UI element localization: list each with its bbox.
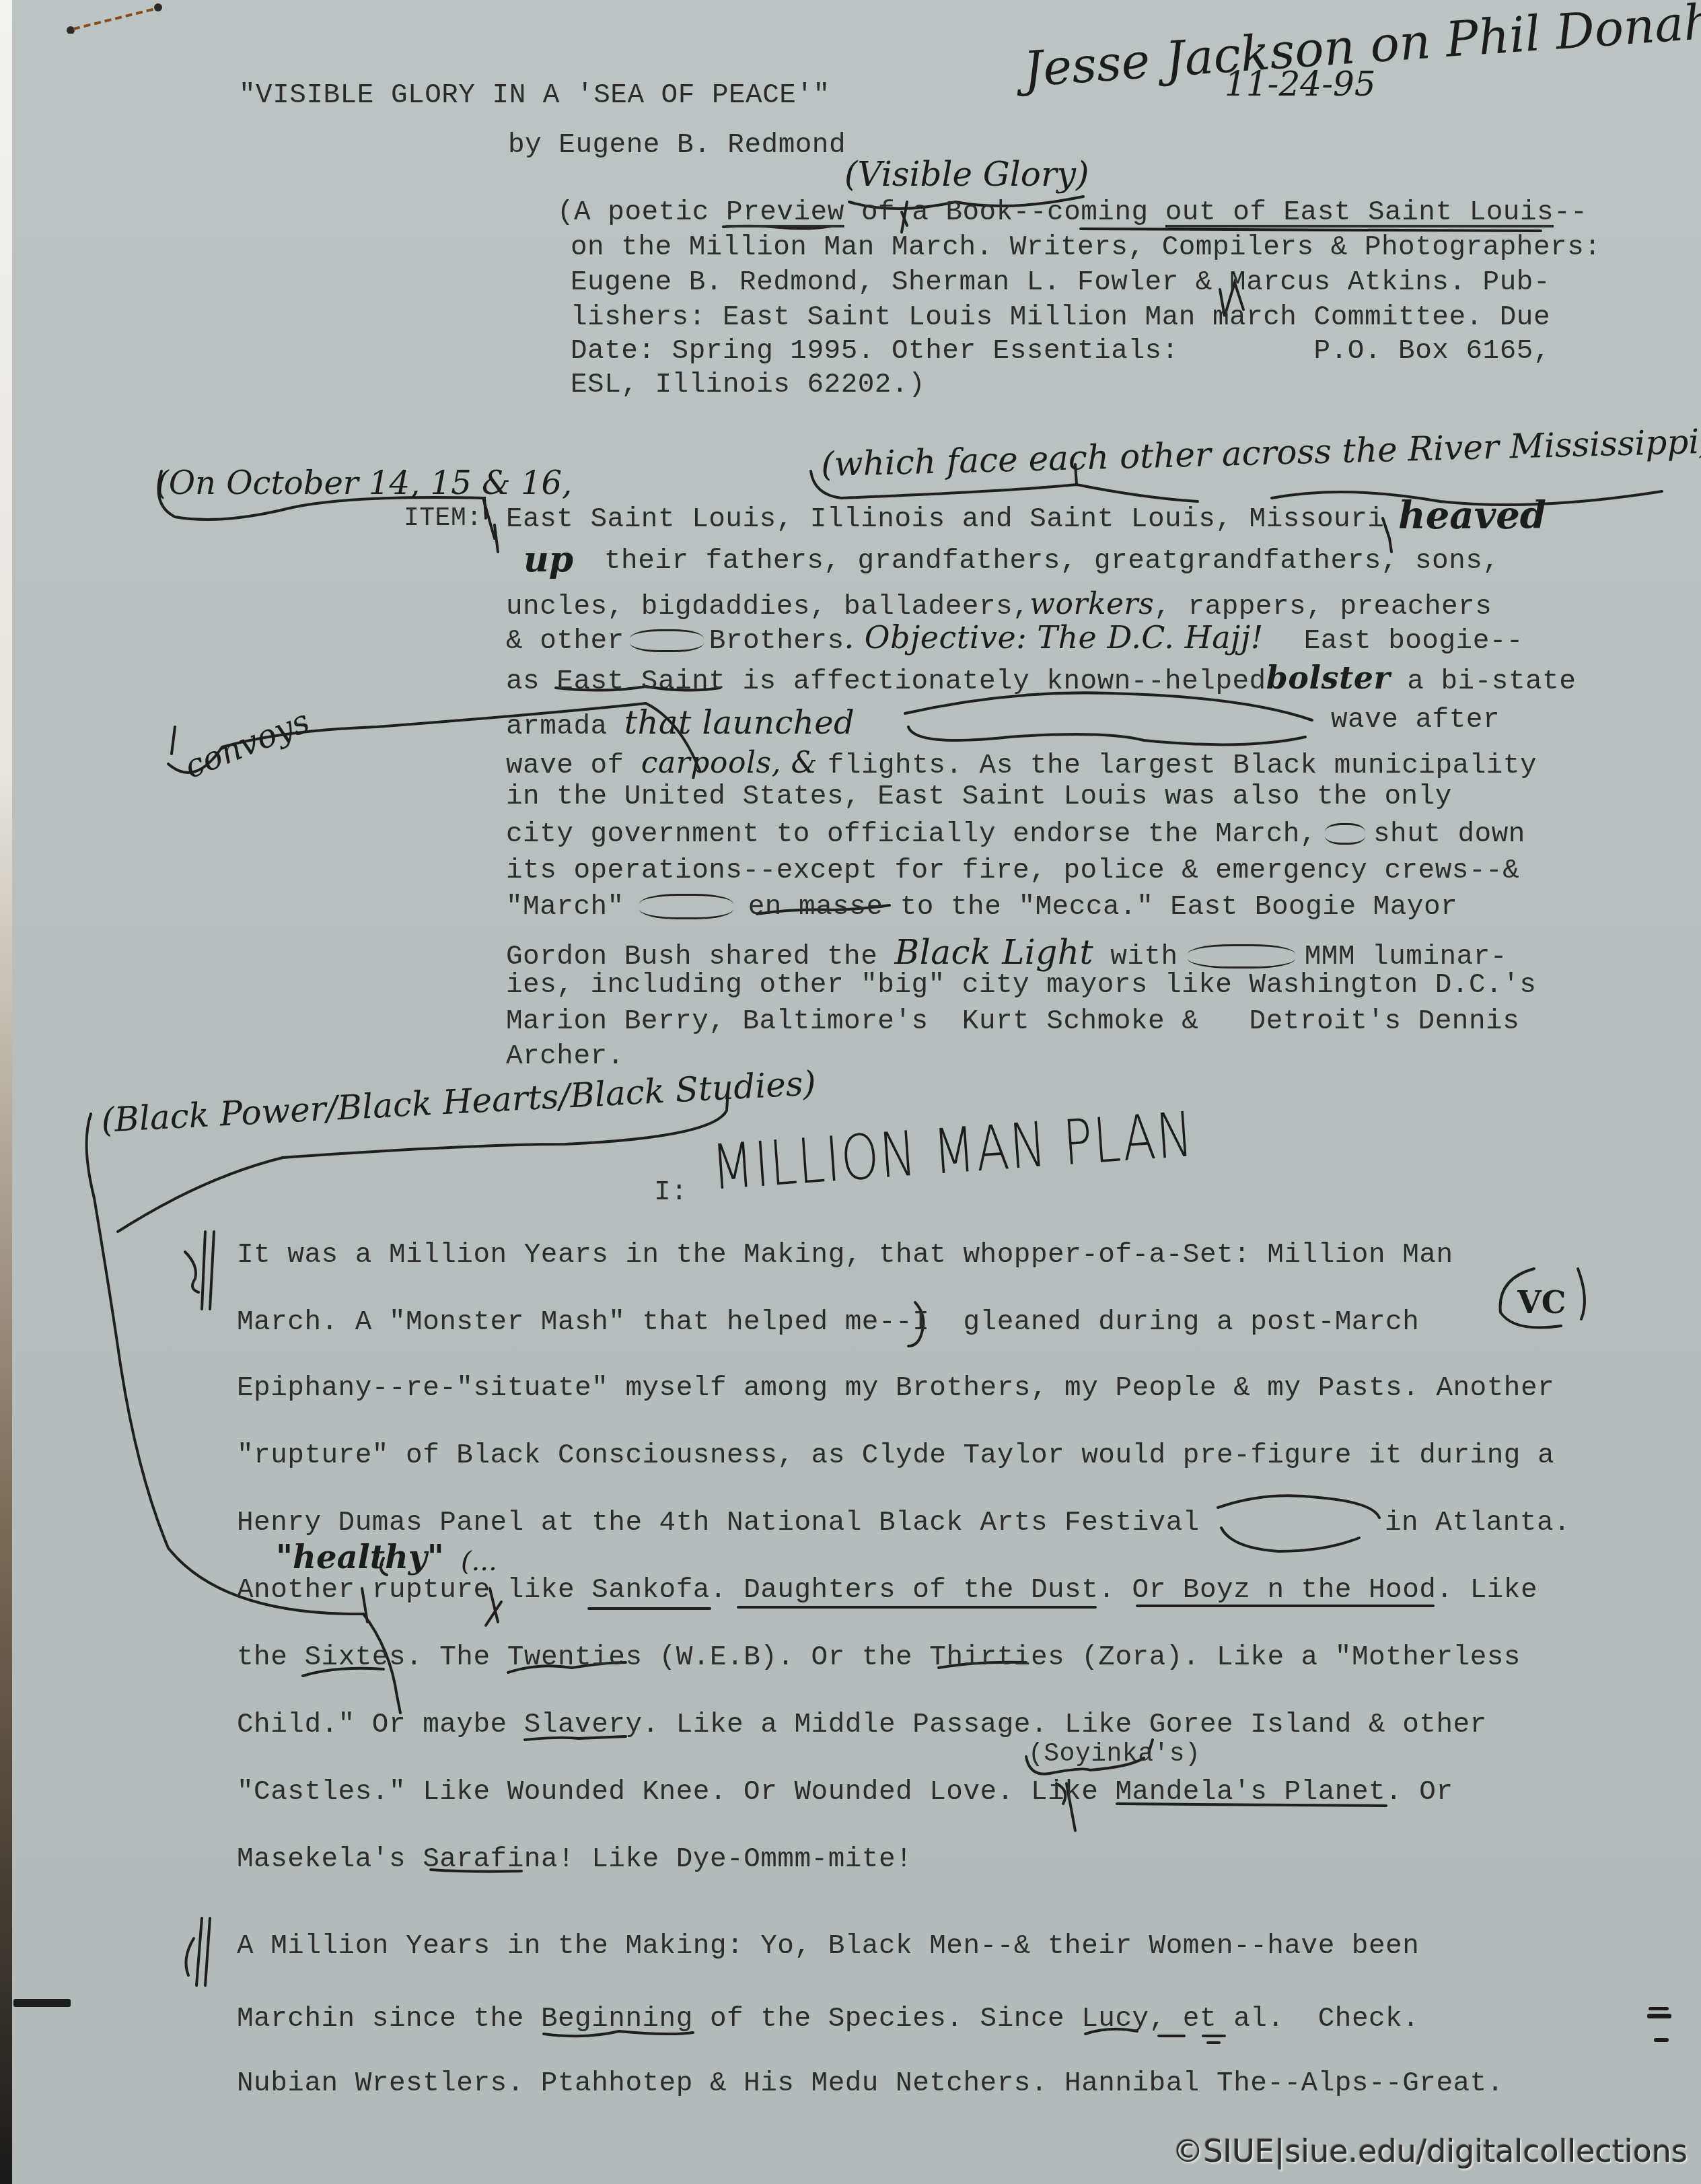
item-text: armada xyxy=(506,711,608,742)
handwritten-objective: . Objective: The D.C. Hajj! xyxy=(844,619,1264,656)
para-text: , xyxy=(1149,2004,1183,2035)
item-text: East boogie-- xyxy=(1304,626,1523,657)
intro-text: of a Book--coming xyxy=(844,197,1165,228)
para-text: . Or xyxy=(1385,1777,1453,1808)
word-slavery: Slavery xyxy=(524,1710,643,1740)
para-text: Masekela's xyxy=(237,1844,423,1875)
deletion-loop-icon xyxy=(630,629,704,652)
item-text: "March" xyxy=(506,892,624,923)
para2-line-2: Marchin since the Beginning of the Speci… xyxy=(237,2006,1419,2033)
handwritten-bolster: bolster xyxy=(1266,660,1390,696)
era-thirties: Thirties xyxy=(929,1642,1064,1673)
intro-line-5: Date: Spring 1995. Other Essentials: P.O… xyxy=(571,338,1550,365)
para1-line-4: "rupture" of Black Consciousness, as Cly… xyxy=(237,1442,1554,1470)
item-line-8: in the United States, East Saint Louis w… xyxy=(506,783,1452,811)
word-beginning: Beginning xyxy=(541,2004,693,2035)
item-text: uncles, bigdaddies, balladeers, xyxy=(506,592,1029,623)
item-line-11: "March"en masse to the "Mecca." East Boo… xyxy=(506,894,1457,921)
handwritten-heaved: heaved xyxy=(1398,497,1546,534)
section-heading-label: I: xyxy=(654,1179,688,1207)
para-text: . The xyxy=(406,1642,507,1673)
work-sarafina: Sarafina xyxy=(423,1844,558,1875)
film-boyz-n-the-hood: Boyz n the Hood xyxy=(1183,1575,1437,1606)
handwritten-workers: workers xyxy=(1029,587,1154,621)
para1-line-7: the Sixtes. The Twenties (W.E.B). Or the… xyxy=(237,1644,1521,1672)
item-text: & other xyxy=(506,626,624,657)
para-text: Another rupture like xyxy=(237,1575,591,1606)
margin-tick-mark xyxy=(13,1999,71,2007)
para-text: . Like xyxy=(1436,1575,1537,1606)
item-text: flights. As the largest Black municipali… xyxy=(828,750,1537,781)
work-mandelas-planet: Mandela's Planet xyxy=(1115,1777,1385,1808)
margin-dash-mark xyxy=(1647,2014,1671,2018)
item-text: wave of xyxy=(506,750,624,781)
intro-text: (A poetic xyxy=(557,197,726,228)
para1-line-6: Another rupture like Sankofa. Daughters … xyxy=(237,1577,1537,1605)
film-daughters-of-the-dust: Daughters of the Dust xyxy=(744,1575,1098,1606)
era-sixtes: Sixtes xyxy=(304,1642,406,1673)
para2-line-3: Nubian Wrestlers. Ptahhotep & His Medu N… xyxy=(237,2070,1504,2098)
document-title: "VISIBLE GLORY IN A 'SEA OF PEACE'" xyxy=(239,82,830,110)
intro-line-4: lishers: East Saint Louis Million Man ma… xyxy=(571,304,1550,332)
para-text: the xyxy=(237,1642,304,1673)
handwritten-up: up xyxy=(523,542,573,577)
deletion-loop-icon xyxy=(1188,944,1295,968)
handwritten-ellipsis: (... xyxy=(461,1548,497,1575)
handwritten-insert-visible-glory: (Visible Glory) xyxy=(844,157,1089,191)
word-et-al: et al xyxy=(1183,2004,1268,2035)
deletion-loop-icon xyxy=(639,894,733,919)
item-label: ITEM: xyxy=(404,506,482,532)
margin-dash-mark xyxy=(1649,2007,1669,2010)
underlined-preview: Preview xyxy=(726,197,844,228)
para2-line-1: A Million Years in the Making: Yo, Black… xyxy=(237,1933,1419,1961)
item-line-13: ies, including other "big" city mayors l… xyxy=(506,972,1536,999)
para-text: Marchin since the xyxy=(237,2004,541,2035)
item-text: en masse xyxy=(748,892,883,923)
para-text: Henry Dumas Panel at the 4th National Bl… xyxy=(237,1508,1200,1539)
item-text: with xyxy=(1093,942,1178,973)
para-text: of the Species. Since xyxy=(693,2004,1081,2035)
item-line-7: wave of carpools, & flights. As the larg… xyxy=(506,748,1537,780)
para-text: . Check. xyxy=(1267,2004,1419,2035)
para1-line-2: March. A "Monster Mash" that helped me--… xyxy=(237,1309,1419,1337)
para1-line-3: Epiphany--re-"situate" myself among my B… xyxy=(237,1375,1554,1403)
handwritten-carpools: carpools, & xyxy=(641,746,828,780)
para1-line-1: It was a Million Years in the Making, th… xyxy=(237,1242,1453,1269)
copyright-watermark: ©SIUE|siue.edu/digitalcollections xyxy=(1172,2133,1688,2169)
para-text: . xyxy=(710,1575,744,1606)
item-text: to the "Mecca." East Boogie Mayor xyxy=(883,892,1458,923)
item-line-5: as East Saint is affectionately known--h… xyxy=(506,662,1576,696)
staple-mark-icon xyxy=(64,3,165,34)
byline: by Eugene B. Redmond xyxy=(508,132,846,160)
handwritten-healthy: "healthy" xyxy=(276,1541,444,1574)
handwritten-note-date: 11-24-95 xyxy=(1225,67,1376,101)
handwritten-soyinka: (Soyinka's) xyxy=(1028,1742,1200,1767)
item-line-4: & otherBrothers. Objective: The D.C. Haj… xyxy=(506,622,1523,656)
intro-line-1: (A poetic Preview of a Book--coming out … xyxy=(557,199,1587,227)
handwritten-black-light: Black Light xyxy=(894,933,1093,972)
deletion-loop-icon xyxy=(1325,823,1365,845)
para-text: "Castles." Like Wounded Knee. Or Wounded… xyxy=(237,1777,1115,1808)
para1-line-10: Masekela's Sarafina! Like Dye-Ommm-mite! xyxy=(237,1846,912,1874)
page-left-edge xyxy=(0,0,12,2184)
item-text: Brothers xyxy=(709,626,844,657)
item-text: Gordon Bush shared the xyxy=(506,942,894,973)
underlined-east-saint-louis: out of East Saint Louis xyxy=(1165,197,1554,228)
margin-dash-mark xyxy=(1654,2038,1669,2042)
item-line-14: Marion Berry, Baltimore's Kurt Schmoke &… xyxy=(506,1008,1519,1036)
film-sankofa: Sankofa xyxy=(591,1575,710,1606)
intro-line-6: ESL, Illinois 62202.) xyxy=(571,372,925,399)
item-line-10: its operations--except for fire, police … xyxy=(506,857,1519,885)
item-text: a bi-state xyxy=(1390,666,1576,697)
para-text: (W.E.B). Or the xyxy=(643,1642,930,1673)
handwritten-date-note: (On October 14, 15 & 16, xyxy=(156,467,572,499)
item-line-1: East Saint Louis, Illinois and Saint Lou… xyxy=(506,506,1384,534)
intro-line-2: on the Million Man March. Writers, Compi… xyxy=(571,234,1601,262)
para1-line-5: Henry Dumas Panel at the 4th National Bl… xyxy=(237,1510,1200,1537)
intro-text: -- xyxy=(1554,197,1587,228)
handwritten-that-launched: that launched xyxy=(624,704,855,742)
item-text: is affectionately known--helped xyxy=(725,666,1266,697)
item-line-9: city government to officially endorse th… xyxy=(506,821,1525,849)
item-text: city government to officially endorse th… xyxy=(506,819,1317,850)
word-lucy: Lucy xyxy=(1081,2004,1149,2035)
item-line-3: uncles, bigdaddies, balladeers,workers, … xyxy=(506,590,1492,621)
item-line-15: Archer. xyxy=(506,1043,624,1071)
para-text: ! Like Dye-Ommm-mite! xyxy=(558,1844,912,1875)
vc-circled-note: VC xyxy=(1517,1287,1566,1318)
para-text: . Like a Middle Passage. Like Goree Isla… xyxy=(643,1710,1487,1740)
item-line-6: armada that launched xyxy=(506,707,855,741)
para1-line-8: Child." Or maybe Slavery. Like a Middle … xyxy=(237,1712,1487,1739)
item-text: , rappers, preachers xyxy=(1154,592,1492,623)
item-text: as xyxy=(506,666,556,697)
item-line-12: Gordon Bush shared the Black Light withM… xyxy=(506,936,1507,971)
item-text: East Saint xyxy=(556,666,725,697)
para-text: Child." Or maybe xyxy=(237,1710,524,1740)
intro-line-3: Eugene B. Redmond, Sherman L. Fowler & M… xyxy=(571,269,1550,297)
item-text: shut down xyxy=(1373,819,1525,850)
para1-line-5-end: in Atlanta. xyxy=(1385,1510,1570,1537)
para-text: . Or xyxy=(1098,1575,1183,1606)
para-text: (Zora). Like a "Motherless xyxy=(1064,1642,1521,1673)
item-line-6-end: wave after xyxy=(1331,707,1500,734)
para1-line-9: "Castles." Like Wounded Knee. Or Wounded… xyxy=(237,1779,1453,1806)
era-twenties: Twenties xyxy=(507,1642,643,1673)
item-line-2: their fathers, grandfathers, greatgrandf… xyxy=(604,548,1500,575)
item-text: MMM luminar- xyxy=(1305,942,1507,973)
